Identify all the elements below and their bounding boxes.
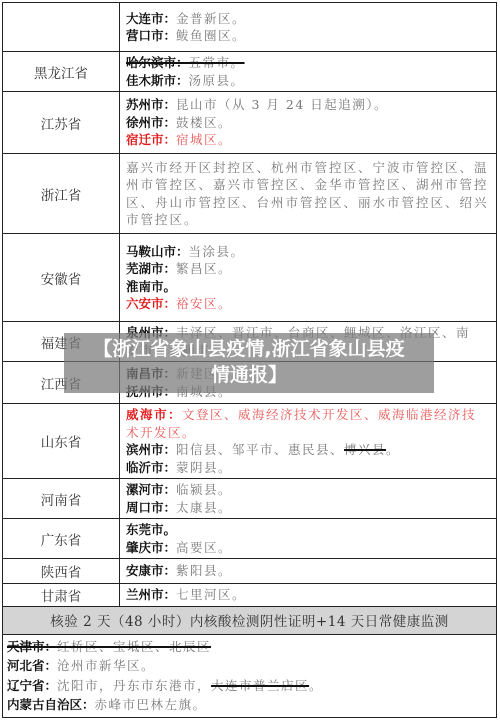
list-item: 芜湖市：繁昌区。 xyxy=(126,260,490,278)
table-row: 核验 2 天（48 小时）内核酸检测阴性证明+14 天日常健康监测 xyxy=(3,606,497,634)
list-item: 临沂市：蒙阴县。 xyxy=(126,459,490,477)
areas-text-struck: 博兴县 xyxy=(344,442,386,457)
areas-text-end: 。 xyxy=(309,678,323,693)
list-item: 东莞市。 xyxy=(126,521,490,539)
areas-text: 当涂县。 xyxy=(189,244,245,259)
city-name: 周口市： xyxy=(126,500,176,515)
city-name: 兰州市： xyxy=(126,587,176,602)
city-name: 马鞍山市： xyxy=(126,244,189,259)
cities-cell: 哈尔滨市：五常市。 佳木斯市：汤原县。 xyxy=(120,52,497,92)
table-row: 浙江省 嘉兴市经开区封控区、杭州市管控区、宁波市管控区、温州市管控区、嘉兴市管控… xyxy=(3,154,497,234)
list-item: 马鞍山市：当涂县。 xyxy=(126,243,490,261)
city-name: 安康市： xyxy=(126,563,176,578)
list-item: 徐州市：鼓楼区。 xyxy=(126,114,490,132)
table-row: 甘肃省 兰州市：七里河区。 xyxy=(3,584,497,607)
list-item: 河北省：沧州市新华区。 xyxy=(7,656,492,676)
areas-text: 裕安区。 xyxy=(176,296,232,311)
cities-cell: 安康市：紫阳县。 xyxy=(120,559,497,584)
province-cell: 陕西省 xyxy=(3,559,120,584)
city-name: 宿迁市： xyxy=(126,132,176,147)
areas-text: 金普新区。 xyxy=(176,11,246,26)
table-row: 安徽省 马鞍山市：当涂县。 芜湖市：繁昌区。 淮南市。 六安市：裕安区。 xyxy=(3,234,497,322)
areas-text: 七里河区。 xyxy=(176,587,246,602)
table-row: 河南省 漯河市：临颍县。 周口市：太康县。 xyxy=(3,479,497,519)
areas-text: 鼓楼区。 xyxy=(176,115,232,130)
province-cell: 河南省 xyxy=(3,479,120,519)
province-cell: 安徽省 xyxy=(3,234,120,322)
areas-text: 阳信县、邹平市、惠民县、 xyxy=(176,442,344,457)
areas-text: 五常市。 xyxy=(189,55,245,70)
areas-text: 赤峰市巴林左旗。 xyxy=(95,697,207,712)
city-name: 威海市： xyxy=(126,407,182,422)
city-name: 东莞市。 xyxy=(126,522,176,537)
bottom-list-cell: 天津市：红桥区、宝坻区、北辰区 河北省：沧州市新华区。 辽宁省：沈阳市，丹东市东… xyxy=(3,634,497,717)
areas-text: 繁昌区。 xyxy=(176,261,232,276)
areas-text-struck: 大连市普兰店区 xyxy=(211,678,309,693)
region-name: 河北省： xyxy=(7,658,57,673)
list-item: 安康市：紫阳县。 xyxy=(126,562,490,580)
overlay-title-line1: 【浙江省象山县疫情,浙江省象山县疫 xyxy=(64,336,434,362)
city-name: 肇庆市： xyxy=(126,540,176,555)
table-row: 陕西省 安康市：紫阳县。 xyxy=(3,559,497,584)
region-name: 天津市： xyxy=(7,639,57,654)
areas-text: 红桥区、宝坻区、北辰区 xyxy=(57,639,211,654)
table-row: 江苏省 苏州市：昆山市（从 3 月 24 日起追溯）。 徐州市：鼓楼区。 宿迁市… xyxy=(3,92,497,154)
areas-text: 太康县。 xyxy=(176,500,232,515)
areas-text: 嘉兴市经开区封控区、杭州市管控区、宁波市管控区、温州市管控区、嘉兴市管控区、金华… xyxy=(126,159,490,229)
section-header: 核验 2 天（48 小时）内核酸检测阴性证明+14 天日常健康监测 xyxy=(3,606,497,634)
cities-cell: 苏州市：昆山市（从 3 月 24 日起追溯）。 徐州市：鼓楼区。 宿迁市：宿城区… xyxy=(120,92,497,154)
cities-cell: 马鞍山市：当涂县。 芜湖市：繁昌区。 淮南市。 六安市：裕安区。 xyxy=(120,234,497,322)
list-item: 周口市：太康县。 xyxy=(126,499,490,517)
city-name: 哈尔滨市： xyxy=(126,55,189,70)
areas-text: 沈阳市，丹东市东港市， xyxy=(57,678,211,693)
areas-text: 临颍县。 xyxy=(176,482,232,497)
cities-cell: 威海市：文登区、威海经济技术开发区、威海临港经济技术开发区。 滨州市：阳信县、邹… xyxy=(120,404,497,479)
list-item: 营口市：鲅鱼圈区。 xyxy=(126,27,490,45)
areas-text: 鲅鱼圈区。 xyxy=(176,28,246,43)
list-item-highlighted: 六安市：裕安区。 xyxy=(126,295,490,313)
city-name: 滨州市： xyxy=(126,442,176,457)
areas-text: 蒙阴县。 xyxy=(176,460,232,475)
cities-cell: 大连市：金普新区。 营口市：鲅鱼圈区。 xyxy=(120,3,497,52)
areas-text: 昆山市（从 3 月 24 日起追溯）。 xyxy=(176,97,388,112)
cities-cell: 兰州市：七里河区。 xyxy=(120,584,497,607)
city-name: 佳木斯市： xyxy=(126,73,189,88)
list-item: 苏州市：昆山市（从 3 月 24 日起追溯）。 xyxy=(126,96,490,114)
province-cell: 广东省 xyxy=(3,519,120,559)
list-item: 肇庆市：高要区。 xyxy=(126,539,490,557)
region-name: 内蒙古自治区： xyxy=(7,697,95,712)
table-row: 大连市：金普新区。 营口市：鲅鱼圈区。 xyxy=(3,3,497,52)
province-cell: 山东省 xyxy=(3,404,120,479)
city-name: 芜湖市： xyxy=(126,261,176,276)
areas-text: 汤原县。 xyxy=(189,73,245,88)
city-name: 临沂市： xyxy=(126,460,176,475)
province-cell: 江苏省 xyxy=(3,92,120,154)
title-overlay-banner: 【浙江省象山县疫情,浙江省象山县疫 情通报】 xyxy=(64,333,434,393)
region-name: 辽宁省： xyxy=(7,678,57,693)
province-cell xyxy=(3,3,120,52)
cities-cell: 嘉兴市经开区封控区、杭州市管控区、宁波市管控区、温州市管控区、嘉兴市管控区、金华… xyxy=(120,154,497,234)
cities-cell: 东莞市。 肇庆市：高要区。 xyxy=(120,519,497,559)
list-item: 淮南市。 xyxy=(126,278,490,296)
list-item-struck: 天津市：红桥区、宝坻区、北辰区 xyxy=(7,637,492,657)
table-row: 广东省 东莞市。 肇庆市：高要区。 xyxy=(3,519,497,559)
cities-cell: 漯河市：临颍县。 周口市：太康县。 xyxy=(120,479,497,519)
list-item-struck: 哈尔滨市：五常市。 xyxy=(126,54,490,72)
province-cell: 浙江省 xyxy=(3,154,120,234)
areas-text-end: 。 xyxy=(386,442,400,457)
areas-text: 宿城区。 xyxy=(176,132,232,147)
city-name: 漯河市： xyxy=(126,482,176,497)
list-item: 大连市：金普新区。 xyxy=(126,10,490,28)
city-name: 淮南市。 xyxy=(126,279,176,294)
list-item: 辽宁省：沈阳市，丹东市东港市，大连市普兰店区。 xyxy=(7,676,492,696)
list-item: 佳木斯市：汤原县。 xyxy=(126,72,490,90)
table-row: 天津市：红桥区、宝坻区、北辰区 河北省：沧州市新华区。 辽宁省：沈阳市，丹东市东… xyxy=(3,634,497,717)
province-cell: 黑龙江省 xyxy=(3,52,120,92)
list-item: 滨州市：阳信县、邹平市、惠民县、博兴县。 xyxy=(126,441,490,459)
city-name: 大连市： xyxy=(126,11,176,26)
overlay-title-line2: 情通报】 xyxy=(64,362,434,388)
table-row: 黑龙江省 哈尔滨市：五常市。 佳木斯市：汤原县。 xyxy=(3,52,497,92)
areas-text: 高要区。 xyxy=(176,540,232,555)
list-item: 兰州市：七里河区。 xyxy=(126,586,490,604)
areas-text: 紫阳县。 xyxy=(176,563,232,578)
list-item-highlighted: 威海市：文登区、威海经济技术开发区、威海临港经济技术开发区。 xyxy=(126,406,490,441)
city-name: 徐州市： xyxy=(126,115,176,130)
province-cell: 甘肃省 xyxy=(3,584,120,607)
table-row: 山东省 威海市：文登区、威海经济技术开发区、威海临港经济技术开发区。 滨州市：阳… xyxy=(3,404,497,479)
city-name: 六安市： xyxy=(126,296,176,311)
list-item-highlighted: 宿迁市：宿城区。 xyxy=(126,131,490,149)
list-item: 漯河市：临颍县。 xyxy=(126,481,490,499)
list-item: 内蒙古自治区：赤峰市巴林左旗。 xyxy=(7,695,492,715)
city-name: 苏州市： xyxy=(126,97,176,112)
city-name: 营口市： xyxy=(126,28,176,43)
areas-text: 沧州市新华区。 xyxy=(57,658,155,673)
